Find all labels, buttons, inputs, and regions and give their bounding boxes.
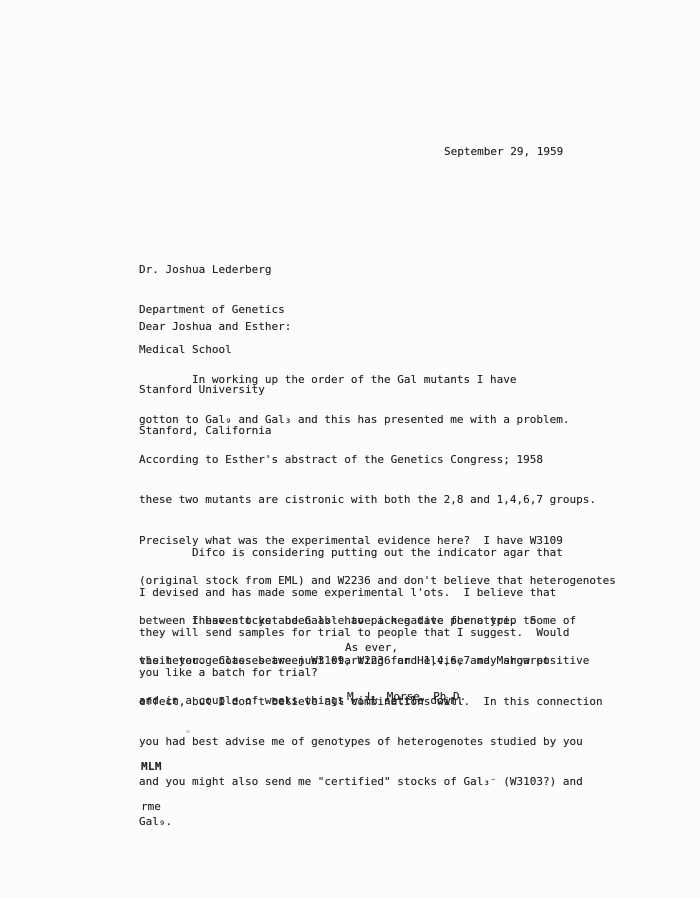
typist-initials-lower: rme — [141, 800, 168, 813]
scan-speck — [186, 730, 190, 733]
salutation: Dear Joshua and Esther: — [139, 320, 291, 333]
signature-name: M. L. Morse, Ph.D. — [347, 690, 466, 703]
letter-line: and you might also send me "certified" s… — [139, 775, 616, 788]
paragraph-visit-plans: I haven't yet been able to pick a date f… — [139, 587, 550, 734]
letter-line: I haven't yet been able to pick a date f… — [139, 614, 550, 627]
closing: As ever, — [345, 641, 398, 654]
recipient-department: Department of Genetics — [139, 303, 285, 316]
letter-line: Gal₉. — [139, 815, 616, 828]
recipient-name: Dr. Joshua Lederberg — [139, 263, 285, 276]
letter-line: and in a couple of weeks things will set… — [139, 694, 550, 707]
letter-line: visit you. Classes are just starting for… — [139, 654, 550, 667]
letter-page: September 29, 1959 Dr. Joshua Lederberg … — [0, 0, 700, 898]
letter-line: According to Esther's abstract of the Ge… — [139, 453, 616, 466]
letter-line: In working up the order of the Gal mutan… — [139, 373, 616, 386]
letter-line: gotton to Gal₉ and Gal₃ and this has pre… — [139, 413, 616, 426]
letter-line: you had best advise me of genotypes of h… — [139, 735, 616, 748]
letter-line: these two mutants are cistronic with bot… — [139, 493, 616, 506]
typist-initials: MLM rme — [141, 733, 168, 840]
letter-date: September 29, 1959 — [444, 145, 563, 158]
letter-line: Difco is considering putting out the ind… — [139, 546, 569, 559]
author-initials: MLM — [141, 760, 168, 773]
